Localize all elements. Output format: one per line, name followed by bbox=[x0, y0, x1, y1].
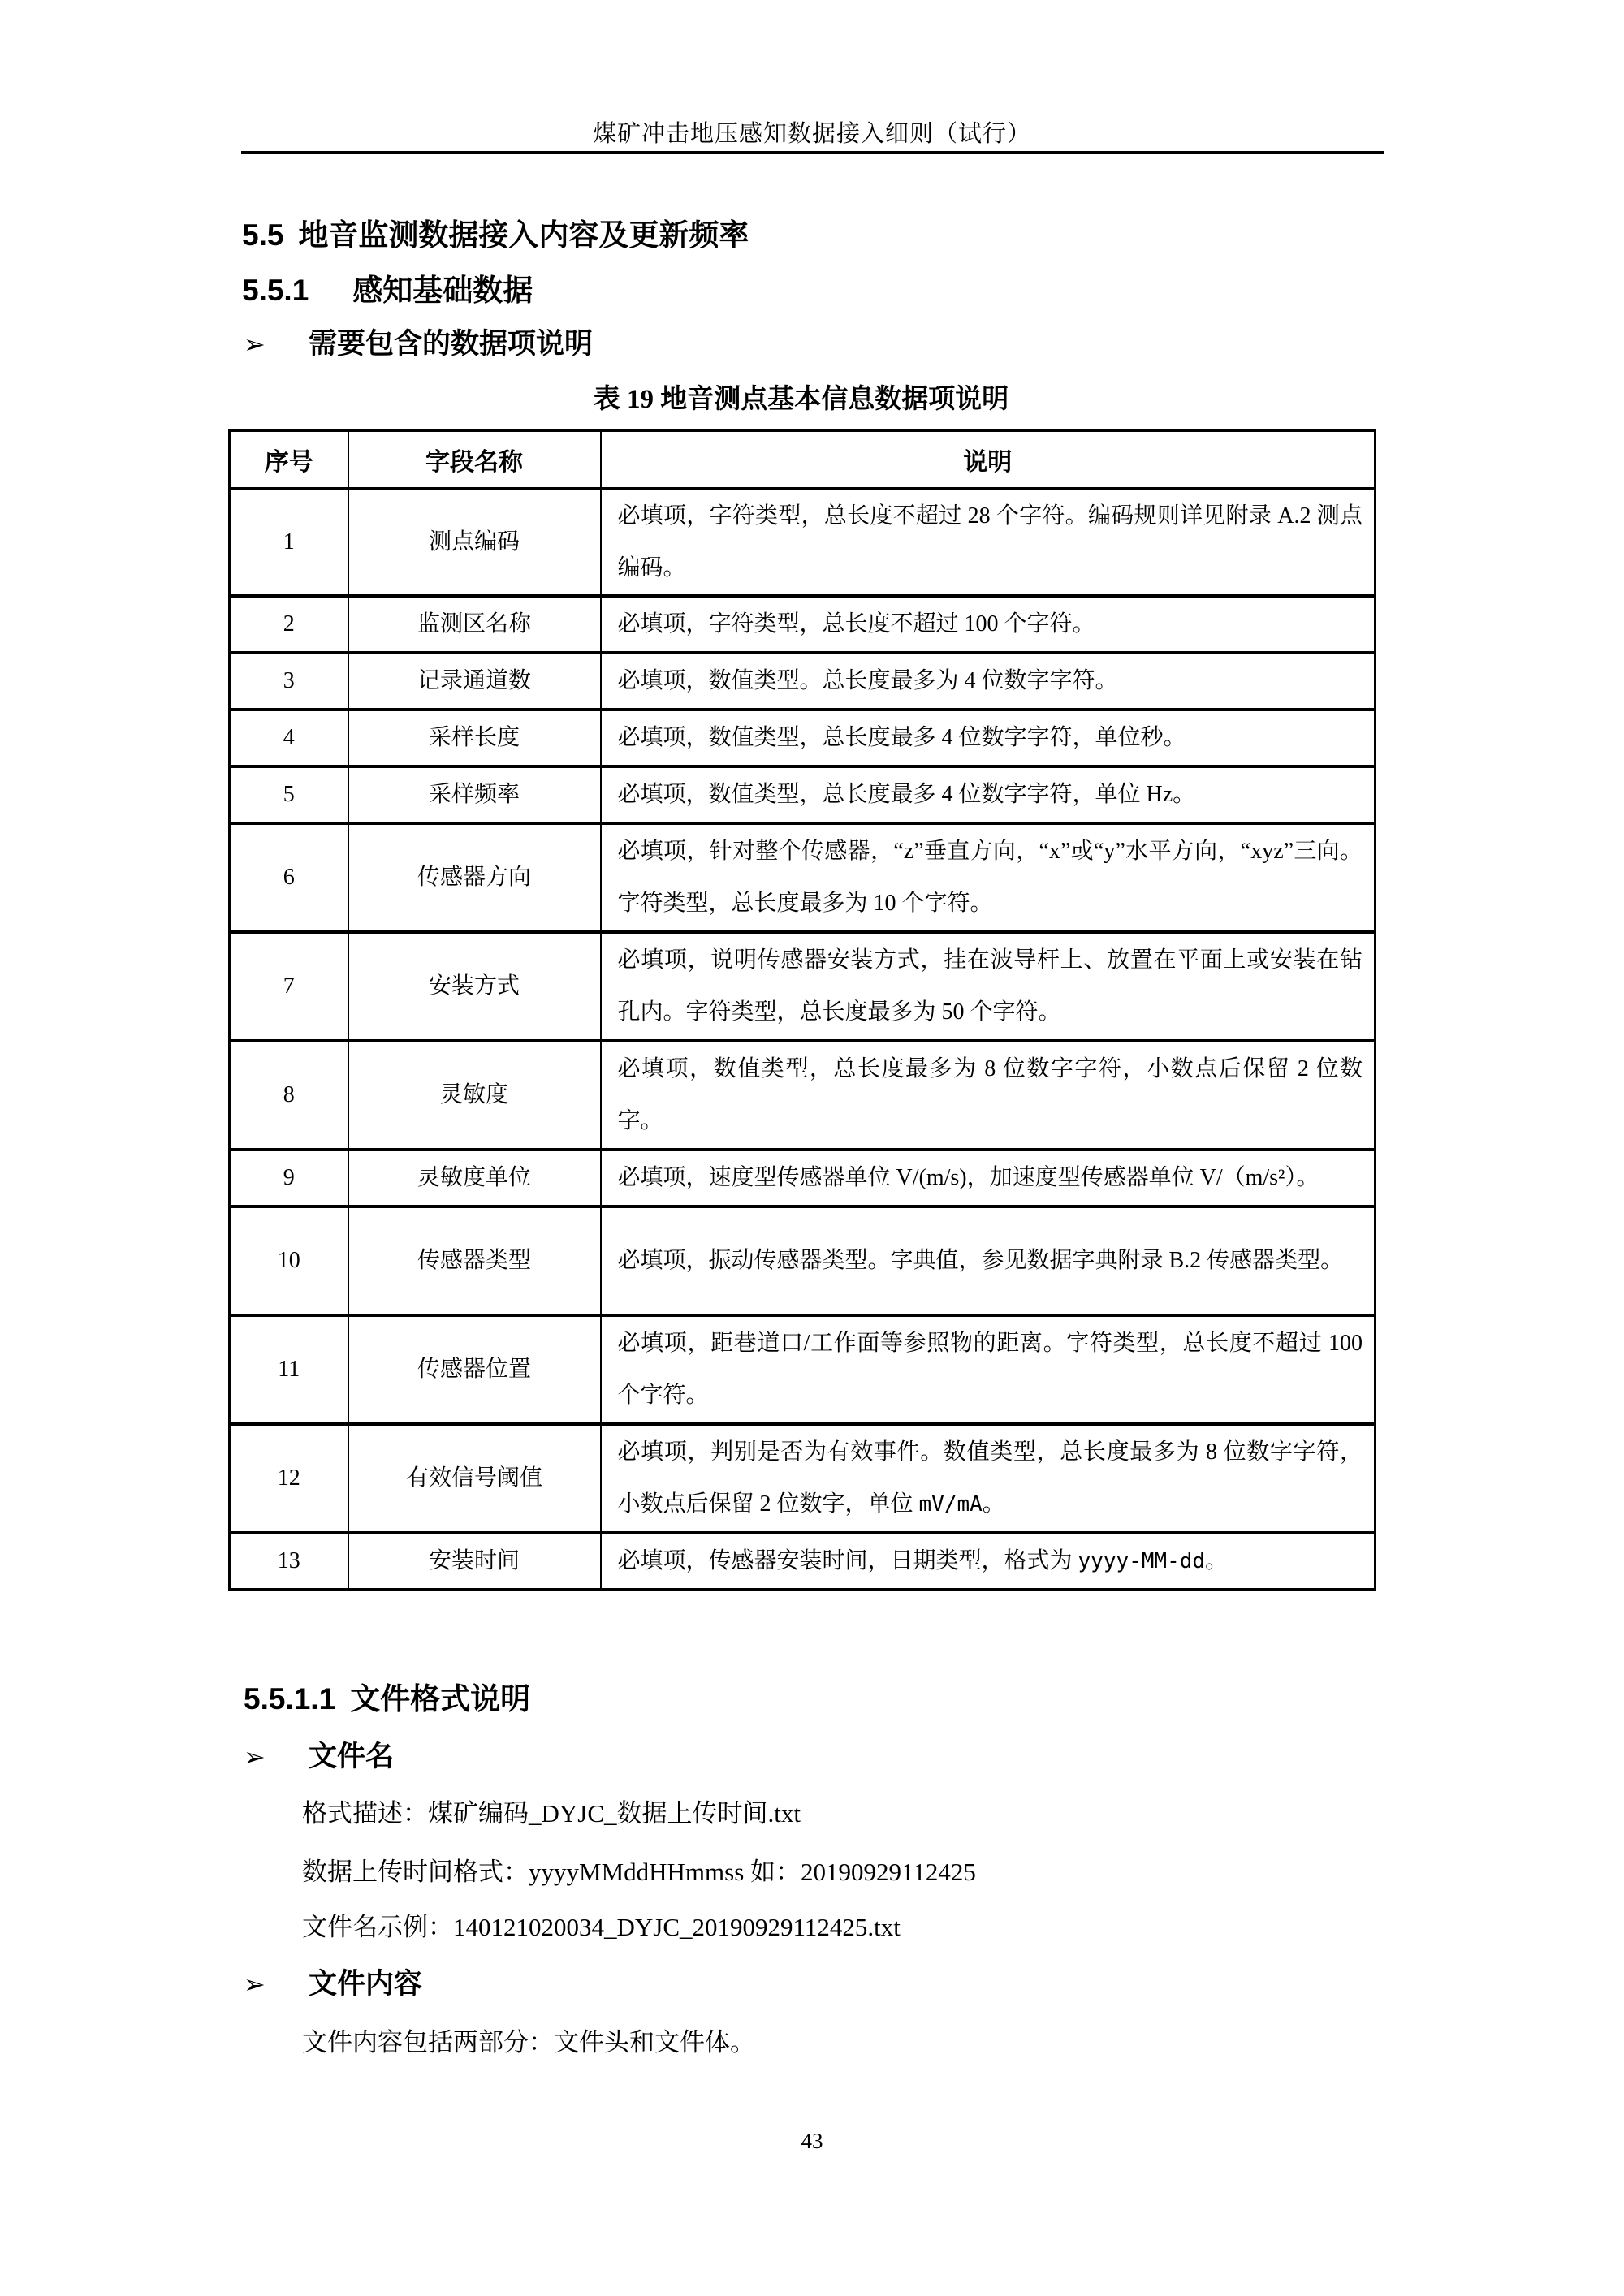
bullet-file-content-label: 文件内容 bbox=[309, 1968, 422, 2000]
row-description-cell: 必填项，振动传感器类型。字典值，参见数据字典附录 B.2 传感器类型。 bbox=[601, 1206, 1376, 1315]
row-field-name-cell: 测点编码 bbox=[348, 489, 601, 596]
heading-5-5-1-1: 5.5.1.1文件格式说明 bbox=[244, 1674, 530, 1718]
row-field-name-cell: 采样频率 bbox=[348, 766, 601, 823]
heading-5-5-1-title: 感知基础数据 bbox=[352, 274, 533, 307]
table-row: 13安装时间必填项，传感器安装时间，日期类型，格式为 yyyy-MM-dd。 bbox=[230, 1533, 1376, 1590]
row-number-cell: 4 bbox=[230, 710, 348, 766]
table-row: 11传感器位置必填项，距巷道口/工作面等参照物的距离。字符类型，总长度不超过 1… bbox=[230, 1315, 1376, 1424]
paragraph-upload-time-format: 数据上传时间格式：yyyyMMddHHmmss 如：20190929112425 bbox=[302, 1851, 976, 1888]
row-field-name-cell: 安装方式 bbox=[348, 932, 601, 1041]
row-description-cell: 必填项，针对整个传感器，“z”垂直方向，“x”或“y”水平方向，“xyz”三向。… bbox=[601, 823, 1376, 932]
table-row: 4采样长度必填项，数值类型，总长度最多 4 位数字字符，单位秒。 bbox=[230, 710, 1376, 766]
row-field-name-cell: 传感器类型 bbox=[348, 1206, 601, 1315]
row-description-cell: 必填项，判别是否为有效事件。数值类型，总长度最多为 8 位数字字符，小数点后保留… bbox=[601, 1424, 1376, 1533]
row-description-cell: 必填项，距巷道口/工作面等参照物的距离。字符类型，总长度不超过 100 个字符。 bbox=[601, 1315, 1376, 1424]
row-number-cell: 11 bbox=[230, 1315, 348, 1424]
table-caption: 表 19 地音测点基本信息数据项说明 bbox=[228, 382, 1374, 416]
row-field-name-cell: 传感器方向 bbox=[348, 823, 601, 932]
bullet-data-items: ➢需要包含的数据项说明 bbox=[244, 322, 593, 362]
row-field-name-cell: 灵敏度 bbox=[348, 1041, 601, 1150]
paragraph-filename-example: 文件名示例：140121020034_DYJC_20190929112425.t… bbox=[302, 1906, 901, 1943]
bullet-file-content: ➢文件内容 bbox=[244, 1962, 422, 2002]
arrow-bullet-icon: ➢ bbox=[244, 329, 309, 360]
heading-5-5-1-1-title: 文件格式说明 bbox=[350, 1682, 530, 1716]
row-number-cell: 1 bbox=[230, 489, 348, 596]
row-description-cell: 必填项，数值类型。总长度最多为 4 位数字字符。 bbox=[601, 653, 1376, 710]
bullet-data-items-label: 需要包含的数据项说明 bbox=[309, 328, 593, 360]
heading-5-5-1: 5.5.1感知基础数据 bbox=[242, 265, 533, 309]
table-row: 9灵敏度单位必填项，速度型传感器单位 V/(m/s)，加速度型传感器单位 V/（… bbox=[230, 1150, 1376, 1206]
table-row: 7安装方式必填项，说明传感器安装方式，挂在波导杆上、放置在平面上或安装在钻孔内。… bbox=[230, 932, 1376, 1041]
table-row: 3记录通道数必填项，数值类型。总长度最多为 4 位数字字符。 bbox=[230, 653, 1376, 710]
row-number-cell: 3 bbox=[230, 653, 348, 710]
bullet-file-name: ➢文件名 bbox=[244, 1734, 394, 1775]
column-header-field: 字段名称 bbox=[348, 430, 601, 489]
row-description-cell: 必填项，说明传感器安装方式，挂在波导杆上、放置在平面上或安装在钻孔内。字符类型，… bbox=[601, 932, 1376, 1041]
table-row: 8灵敏度必填项，数值类型，总长度最多为 8 位数字字符，小数点后保留 2 位数字… bbox=[230, 1041, 1376, 1150]
paragraph-format-description: 格式描述：煤矿编码_DYJC_数据上传时间.txt bbox=[302, 1793, 801, 1829]
row-description-cell: 必填项，字符类型，总长度不超过 28 个字符。编码规则详见附录 A.2 测点编码… bbox=[601, 489, 1376, 596]
table-row: 2监测区名称必填项，字符类型，总长度不超过 100 个字符。 bbox=[230, 596, 1376, 653]
row-number-cell: 10 bbox=[230, 1206, 348, 1315]
heading-5-5-title: 地音监测数据接入内容及更新频率 bbox=[298, 218, 749, 252]
row-description-cell: 必填项，字符类型，总长度不超过 100 个字符。 bbox=[601, 596, 1376, 653]
row-description-cell: 必填项，传感器安装时间，日期类型，格式为 yyyy-MM-dd。 bbox=[601, 1533, 1376, 1590]
row-number-cell: 8 bbox=[230, 1041, 348, 1150]
table-row: 5采样频率必填项，数值类型，总长度最多 4 位数字字符，单位 Hz。 bbox=[230, 766, 1376, 823]
table-header-row: 序号 字段名称 说明 bbox=[230, 430, 1376, 489]
row-description-cell: 必填项，数值类型，总长度最多为 8 位数字字符，小数点后保留 2 位数字。 bbox=[601, 1041, 1376, 1150]
row-number-cell: 9 bbox=[230, 1150, 348, 1206]
row-field-name-cell: 灵敏度单位 bbox=[348, 1150, 601, 1206]
heading-5-5: 5.5地音监测数据接入内容及更新频率 bbox=[242, 210, 749, 254]
table-block: 表 19 地音测点基本信息数据项说明 序号 字段名称 说明 1测点编码必填项，字… bbox=[228, 382, 1374, 1591]
row-field-name-cell: 安装时间 bbox=[348, 1533, 601, 1590]
arrow-bullet-icon: ➢ bbox=[244, 1741, 309, 1772]
row-field-name-cell: 记录通道数 bbox=[348, 653, 601, 710]
header-rule bbox=[241, 151, 1384, 154]
table-row: 12有效信号阈值必填项，判别是否为有效事件。数值类型，总长度最多为 8 位数字字… bbox=[230, 1424, 1376, 1533]
row-number-cell: 7 bbox=[230, 932, 348, 1041]
row-description-cell: 必填项，速度型传感器单位 V/(m/s)，加速度型传感器单位 V/（m/s²）。 bbox=[601, 1150, 1376, 1206]
table-row: 1测点编码必填项，字符类型，总长度不超过 28 个字符。编码规则详见附录 A.2… bbox=[230, 489, 1376, 596]
row-description-cell: 必填项，数值类型，总长度最多 4 位数字字符，单位秒。 bbox=[601, 710, 1376, 766]
row-field-name-cell: 传感器位置 bbox=[348, 1315, 601, 1424]
row-field-name-cell: 有效信号阈值 bbox=[348, 1424, 601, 1533]
row-description-cell: 必填项，数值类型，总长度最多 4 位数字字符，单位 Hz。 bbox=[601, 766, 1376, 823]
heading-5-5-1-number: 5.5.1 bbox=[242, 274, 309, 307]
row-number-cell: 13 bbox=[230, 1533, 348, 1590]
paragraph-file-content: 文件内容包括两部分：文件头和文件体。 bbox=[302, 2022, 755, 2058]
column-header-no: 序号 bbox=[230, 430, 348, 489]
header-title: 煤矿冲击地压感知数据接入细则（试行） bbox=[0, 115, 1624, 149]
row-number-cell: 2 bbox=[230, 596, 348, 653]
data-items-table: 序号 字段名称 说明 1测点编码必填项，字符类型，总长度不超过 28 个字符。编… bbox=[228, 429, 1376, 1591]
page-number: 43 bbox=[0, 2129, 1624, 2154]
table-row: 6传感器方向必填项，针对整个传感器，“z”垂直方向，“x”或“y”水平方向，“x… bbox=[230, 823, 1376, 932]
row-number-cell: 6 bbox=[230, 823, 348, 932]
row-field-name-cell: 采样长度 bbox=[348, 710, 601, 766]
row-number-cell: 5 bbox=[230, 766, 348, 823]
arrow-bullet-icon: ➢ bbox=[244, 1969, 309, 2000]
column-header-desc: 说明 bbox=[601, 430, 1376, 489]
heading-5-5-1-1-number: 5.5.1.1 bbox=[244, 1682, 335, 1716]
table-row: 10传感器类型必填项，振动传感器类型。字典值，参见数据字典附录 B.2 传感器类… bbox=[230, 1206, 1376, 1315]
bullet-file-name-label: 文件名 bbox=[309, 1741, 394, 1772]
row-field-name-cell: 监测区名称 bbox=[348, 596, 601, 653]
heading-5-5-number: 5.5 bbox=[242, 218, 283, 252]
row-number-cell: 12 bbox=[230, 1424, 348, 1533]
document-page: 煤矿冲击地压感知数据接入细则（试行） 5.5地音监测数据接入内容及更新频率 5.… bbox=[0, 0, 1624, 2296]
